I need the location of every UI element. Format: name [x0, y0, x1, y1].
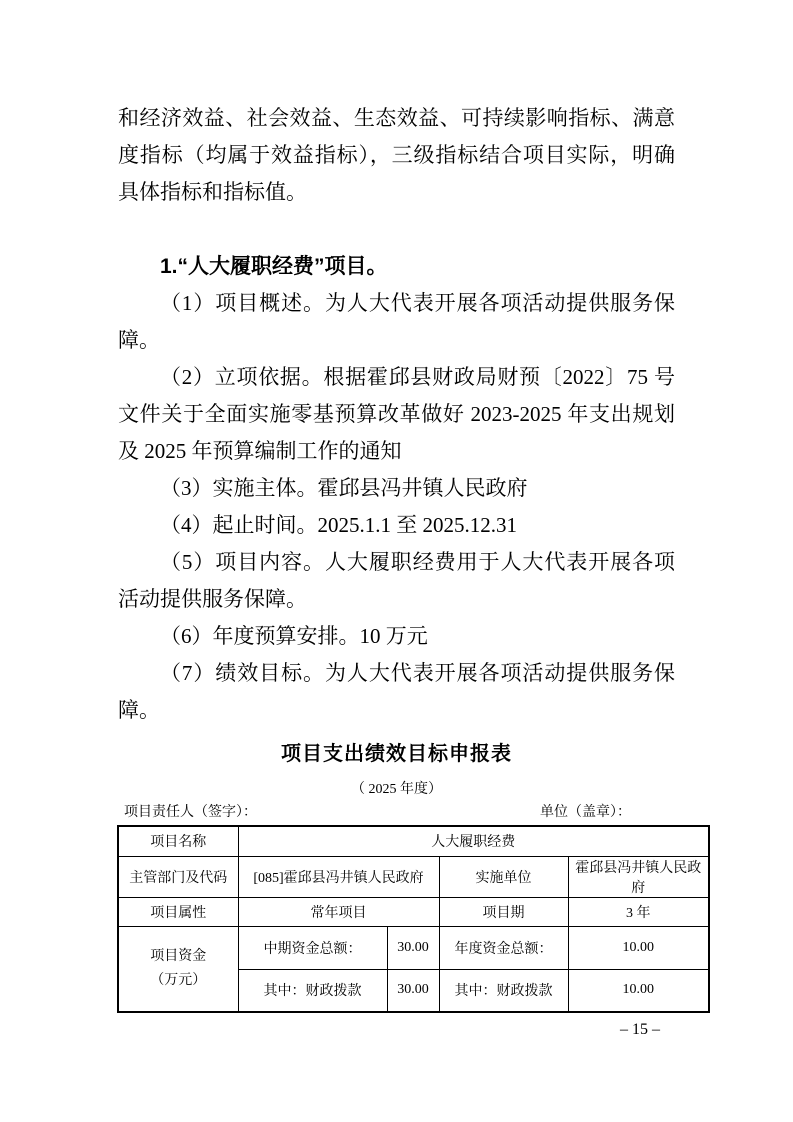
table-row: 项目名称 人大履职经费	[118, 826, 709, 856]
document-page: 和经济效益、社会效益、生态效益、可持续影响指标、满意 度指标（均属于效益指标），…	[0, 0, 793, 1122]
fund-label-line1: 项目资金	[122, 945, 235, 969]
fund-label-line2: （万元）	[122, 969, 235, 993]
cell-period-value: 3 年	[568, 897, 709, 926]
body-line: （7）绩效目标。为人大代表开展各项活动提供服务保	[118, 655, 675, 692]
table-row: 项目资金 （万元） 中期资金总额： 30.00 年度资金总额： 10.00	[118, 926, 709, 969]
body-line: 和经济效益、社会效益、生态效益、可持续影响指标、满意	[118, 100, 675, 137]
signer-label: 项目责任人（签字）：	[124, 801, 257, 821]
cell-project-name-value: 人大履职经费	[238, 826, 709, 856]
cell-mid-term-fiscal-value: 30.00	[387, 969, 439, 1012]
cell-mid-term-total-value: 30.00	[387, 926, 439, 969]
form-title: 项目支出绩效目标申报表	[0, 737, 793, 766]
performance-target-table: 项目名称 人大履职经费 主管部门及代码 [085]霍邱县冯井镇人民政府 实施单位…	[117, 825, 710, 1013]
body-line: 具体指标和指标值。	[118, 174, 675, 211]
body-line: （2）立项依据。根据霍邱县财政局财预〔2022〕75 号	[118, 359, 675, 396]
table-row: 项目属性 常年项目 项目期 3 年	[118, 897, 709, 926]
cell-mid-term-total-label: 中期资金总额：	[238, 926, 387, 969]
body-line: （1）项目概述。为人大代表开展各项活动提供服务保	[118, 285, 675, 322]
body-line: 度指标（均属于效益指标），三级指标结合项目实际，明确	[118, 137, 675, 174]
body-line: （3）实施主体。霍邱县冯井镇人民政府	[118, 470, 675, 507]
cell-annual-total-label: 年度资金总额：	[439, 926, 568, 969]
body-line: （6）年度预算安排。10 万元	[118, 618, 675, 655]
cell-annual-fiscal-value: 10.00	[568, 969, 709, 1012]
body-text-block: 和经济效益、社会效益、生态效益、可持续影响指标、满意 度指标（均属于效益指标），…	[118, 100, 675, 729]
cell-impl-unit-label: 实施单位	[439, 856, 568, 897]
cell-annual-total-value: 10.00	[568, 926, 709, 969]
cell-fund-label: 项目资金 （万元）	[118, 926, 238, 1012]
unit-seal-label: 单位（盖章）：	[540, 801, 631, 821]
body-line: 障。	[118, 322, 675, 359]
page-number: – 15 –	[595, 1021, 685, 1039]
cell-attribute-value: 常年项目	[238, 897, 439, 926]
table-row: 主管部门及代码 [085]霍邱县冯井镇人民政府 实施单位 霍邱县冯井镇人民政府	[118, 856, 709, 897]
body-line: 文件关于全面实施零基预算改革做好 2023-2025 年支出规划	[118, 396, 675, 433]
cell-period-label: 项目期	[439, 897, 568, 926]
cell-mid-term-fiscal-label: 其中：财政拨款	[238, 969, 387, 1012]
body-line: （4）起止时间。2025.1.1 至 2025.12.31	[118, 507, 675, 544]
cell-dept-value: [085]霍邱县冯井镇人民政府	[238, 856, 439, 897]
cell-attribute-label: 项目属性	[118, 897, 238, 926]
section-heading: 1.“人大履职经费”项目。	[118, 248, 675, 285]
blank-line	[118, 211, 675, 248]
cell-annual-fiscal-label: 其中：财政拨款	[439, 969, 568, 1012]
form-year-line: （ 2025 年度）	[0, 778, 793, 798]
body-line: 障。	[118, 692, 675, 729]
cell-dept-label: 主管部门及代码	[118, 856, 238, 897]
body-line: 及 2025 年预算编制工作的通知	[118, 433, 675, 470]
body-line: （5）项目内容。人大履职经费用于人大代表开展各项	[118, 544, 675, 581]
cell-project-name-label: 项目名称	[118, 826, 238, 856]
cell-impl-unit-value: 霍邱县冯井镇人民政府	[568, 856, 709, 897]
body-line: 活动提供服务保障。	[118, 581, 675, 618]
